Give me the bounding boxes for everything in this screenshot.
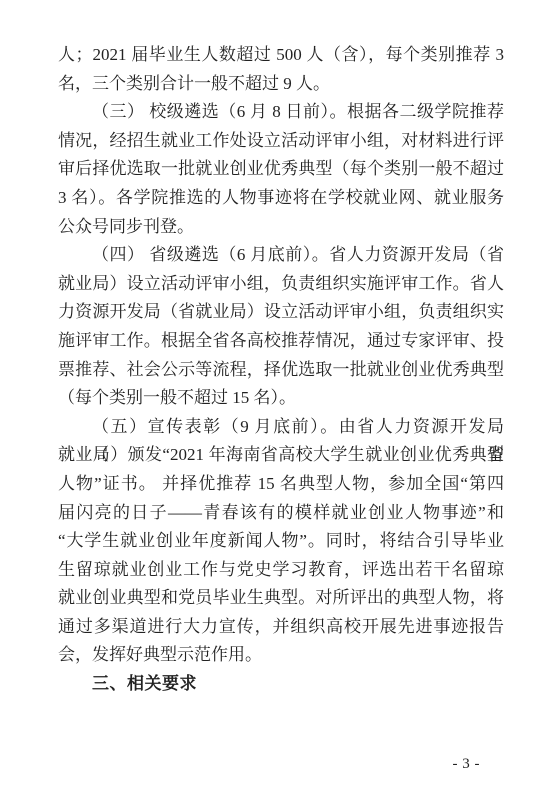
text-line: 3 名）。各学院推选的人物事迹将在学校就业网、就业服务 <box>58 184 504 213</box>
text-line: 就业局）设立活动评审小组，负责组织实施评审工作。省人 <box>58 270 504 299</box>
text-line: 公众号同步刊登。 <box>58 213 504 242</box>
text-line: （五）宣传表彰（9 月底前）。由省人力资源开发局（省 <box>58 413 504 442</box>
text-line: 就业创业典型和党员毕业生典型。对所评出的典型人物，将 <box>58 584 504 613</box>
text-line: 会，发挥好典型示范作用。 <box>58 641 504 670</box>
text-line: 就业局）颁发“2021 年海南省高校大学生就业创业优秀典型 <box>58 441 504 470</box>
text-line: （三） 校级遴选（6 月 8 日前）。根据各二级学院推荐 <box>58 98 504 127</box>
text-line: 生留琼就业创业工作与党史学习教育，评选出若干名留琼 <box>58 556 504 585</box>
text-line: 施评审工作。根据全省各高校推荐情况，通过专家评审、投 <box>58 327 504 356</box>
text-line: （四） 省级遴选（6 月底前）。省人力资源开发局（省 <box>58 241 504 270</box>
text-line: （每个类别一般不超过 15 名）。 <box>58 384 504 413</box>
text-line: 届闪亮的日子——青春该有的模样就业创业人物事迹”和 <box>58 499 504 528</box>
section-heading: 三、相关要求 <box>58 670 504 699</box>
document-body: 人；2021 届毕业生人数超过 500 人（含），每个类别推荐 3名，三个类别合… <box>58 41 504 699</box>
page-number: - 3 - <box>453 756 481 773</box>
text-line: 力资源开发局（省就业局）设立活动评审小组，负责组织实 <box>58 298 504 327</box>
text-line: 人物”证书。 并择优推荐 15 名典型人物，参加全国“第四 <box>58 470 504 499</box>
document-page: 人；2021 届毕业生人数超过 500 人（含），每个类别推荐 3名，三个类别合… <box>0 0 556 800</box>
text-line: 名，三个类别合计一般不超过 9 人。 <box>58 70 504 99</box>
text-line: “大学生就业创业年度新闻人物”。同时，将结合引导毕业 <box>58 527 504 556</box>
text-line: 人；2021 届毕业生人数超过 500 人（含），每个类别推荐 3 <box>58 41 504 70</box>
text-line: 情况，经招生就业工作处设立活动评审小组，对材料进行评 <box>58 127 504 156</box>
text-line: 审后择优选取一批就业创业优秀典型（每个类别一般不超过 <box>58 155 504 184</box>
text-line: 通过多渠道进行大力宣传，并组织高校开展先进事迹报告 <box>58 613 504 642</box>
text-line: 票推荐、社会公示等流程，择优选取一批就业创业优秀典型 <box>58 356 504 385</box>
